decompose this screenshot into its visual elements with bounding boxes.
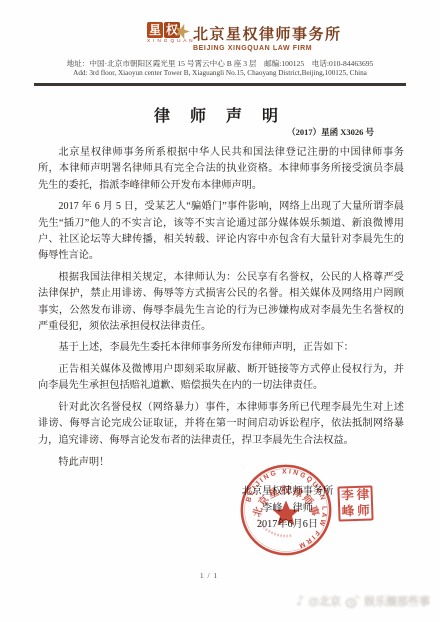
firm-logo-icon: 星 权 ★ X I N G Q U A N (147, 22, 193, 52)
lawyer-seal-icon: 李 律 峰 师 (337, 485, 373, 521)
paragraph: 针对此次名誉侵权（网络暴力）事件，本律师事务所已代理李晨先生对上述诽谤、侮辱言论… (38, 400, 404, 449)
firm-name-en: BEIJING XINGQUAN LAW FIRM (193, 45, 342, 52)
address-line-en: Add: 3rd floor, Xiaoyun center Tower B, … (0, 69, 440, 77)
logo-square-1: 星 (147, 22, 163, 38)
seal-serial: 8888888888888 (256, 518, 293, 538)
header-divider (34, 83, 406, 86)
letterhead: 北京星权律师事务所 BEIJING XINGQUAN LAW FIRM (193, 23, 342, 52)
paragraph: 北京星权律师事务所系根据中华人民共和国法律登记注册的中国律师事务所，本律师声明署… (38, 145, 404, 194)
letter-page: 星 权 ★ X I N G Q U A N 北京星权律师事务所 BEIJING … (0, 0, 440, 622)
statement-body: 北京星权律师事务所系根据中华人民共和国法律登记注册的中国律师事务所，本律师声明署… (38, 145, 404, 476)
paragraph: 2017 年 6 月 5 日，受某艺人“骗婚门”事件影响，网络上出现了大量所谓李… (38, 199, 404, 265)
reference-number: （2017）星函 X3026 号 (287, 126, 374, 138)
firm-name-cn: 北京星权律师事务所 (193, 23, 342, 44)
paragraph: 正告相关媒体及微博用户即刻采取屏蔽、断开链接等方式停止侵权行为，并向李晨先生承担… (38, 362, 404, 395)
address-line-cn: 地址：中国·北京市朝阳区霞光里 15 号霄云中心 B 座 3 层 邮编:1001… (0, 58, 440, 69)
page-title: 律 师 声 明 (0, 103, 440, 126)
logo-subtext: X I N G Q U A N (147, 39, 193, 44)
watermark-handle-right: 娱乐圈那些事 (364, 593, 430, 609)
paragraph: 根据我国法律相关规定，本律师认为：公民享有名誉权，公民的人格尊严受法律保护，禁止… (38, 270, 404, 336)
seal-star-icon (273, 500, 299, 525)
paragraph: 基于上述，李晨先生委托本律师事务所发布律师声明，正告如下： (38, 340, 404, 356)
weibo-eye-icon (345, 595, 360, 608)
page-number: 1 / 1 (0, 571, 418, 580)
watermark-handle-left: @北京 (308, 593, 341, 609)
lawyer-seal-char: 李 (339, 488, 355, 504)
lawyer-seal-char: 峰 (340, 504, 356, 520)
lawyer-seal-char: 师 (356, 503, 372, 519)
weibo-watermark: ♪ @北京 娱乐圈那些事 (296, 593, 430, 609)
closing-line: 特此声明！ (38, 455, 404, 471)
lawyer-seal-char: 律 (355, 487, 371, 503)
firm-seal-icon: BEIJING XINGQUAN LAW FIRM 北京星权律师事务所 8888… (238, 462, 334, 558)
music-note-icon: ♪ (296, 594, 304, 609)
svg-text:8888888888888: 8888888888888 (256, 518, 293, 538)
